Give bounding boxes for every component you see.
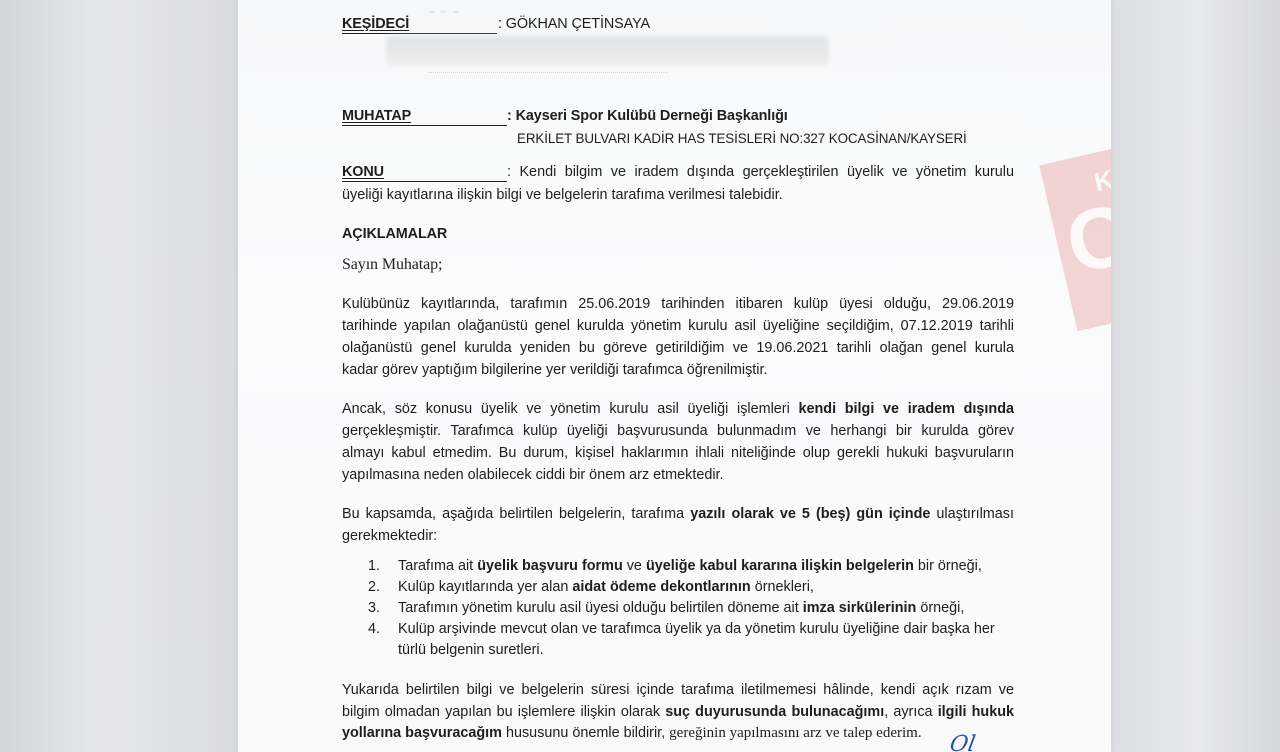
p3-text: Bu kapsamda, aşağıda belirtilen belgeler… — [342, 506, 690, 522]
signature-mark: Ol — [948, 732, 977, 752]
paragraph1-line3: olağanüstü genel kurulda yeniden bu göre… — [342, 340, 1014, 356]
paragraph2-line3: almayı kabul etmedim. Bu durum, kişisel … — [342, 445, 1014, 461]
paragraph2-line2: gerçekleşmiştir. Tarafımca kulüp üyeliği… — [342, 423, 1014, 439]
paragraph3-line2: gerekmektedir: — [342, 528, 1014, 544]
list-num-2: 2. — [368, 579, 380, 595]
paragraph1-line2: tarihinde yapılan olağanüstü genel kurul… — [342, 318, 1014, 334]
section-title: AÇIKLAMALAR — [342, 226, 447, 242]
document-page: - - - KEŞİDECİ : GÖKHAN ÇETİNSAYA MUHATA… — [238, 0, 1111, 752]
faded-top-stamp: - - - — [428, 0, 459, 23]
p3-bold: yazılı olarak ve 5 (beş) gün içinde — [690, 506, 930, 522]
kayseri-olay-watermark: KAYSERİ OLAY — [1015, 99, 1111, 355]
muhatap-value: : Kayseri Spor Kulübü Derneği Başkanlığı — [507, 108, 788, 124]
konu-value-cont: üyeliği kayıtlarına ilişkin bilgi ve bel… — [342, 187, 1014, 203]
list-item-3: Tarafımın yönetim kurulu asil üyesi oldu… — [398, 600, 964, 616]
list-item-2: Kulüp kayıtlarında yer alan aidat ödeme … — [398, 579, 814, 595]
background-left — [0, 0, 238, 752]
paragraph4-line2: bilgim olmadan yapılan bu işlemlere iliş… — [342, 704, 1014, 720]
list-item-4: Kulüp arşivinde mevcut olan ve tarafımca… — [398, 621, 995, 637]
paragraph3-line1: Bu kapsamda, aşağıda belirtilen belgeler… — [342, 506, 1014, 522]
list-item-1: Tarafıma ait üyelik başvuru formu ve üye… — [398, 558, 982, 574]
list-num-4: 4. — [368, 621, 380, 637]
paragraph4-line1: Yukarıda belirtilen bilgi ve belgelerin … — [342, 682, 1014, 698]
p2-text: Ancak, söz konusu üyelik ve yönetim kuru… — [342, 401, 798, 417]
kesideci-value: : GÖKHAN ÇETİNSAYA — [498, 16, 650, 32]
paragraph2-line1: Ancak, söz konusu üyelik ve yönetim kuru… — [342, 401, 1014, 417]
paragraph2-line4: yapılmasına neden olabilecek ciddi bir ö… — [342, 467, 1014, 483]
list-num-1: 1. — [368, 558, 380, 574]
blurred-text — [428, 72, 668, 81]
list-num-3: 3. — [368, 600, 380, 616]
background-right — [1111, 0, 1280, 752]
paragraph4-line3: yollarına başvuracağım hususunu önemle b… — [342, 725, 1014, 742]
konu-label: KONU — [342, 164, 384, 180]
salutation: Sayın Muhatap; — [342, 256, 442, 274]
paragraph1-line1: Kulübünüz kayıtlarında, tarafımın 25.06.… — [342, 296, 1014, 312]
kesideci-label: KEŞİDECİ — [342, 16, 409, 32]
konu-underline — [342, 181, 507, 182]
kesideci-underline — [342, 33, 497, 34]
list-item-4-cont: türlü belgenin suretleri. — [398, 642, 544, 658]
paragraph1-line4: kadar görev yaptığım bilgilerine yer ver… — [342, 362, 1014, 378]
konu-value: : Kendi bilgim ve iradem dışında gerçekl… — [507, 164, 1014, 180]
p3-text-post: ulaştırılması — [930, 506, 1014, 522]
muhatap-address: ERKİLET BULVARI KADİR HAS TESİSLERİ NO:3… — [517, 131, 967, 146]
redacted-address — [386, 36, 829, 66]
muhatap-label: MUHATAP — [342, 108, 411, 124]
p2-bold: kendi bilgi ve iradem dışında — [798, 401, 1014, 417]
muhatap-underline — [342, 125, 507, 126]
